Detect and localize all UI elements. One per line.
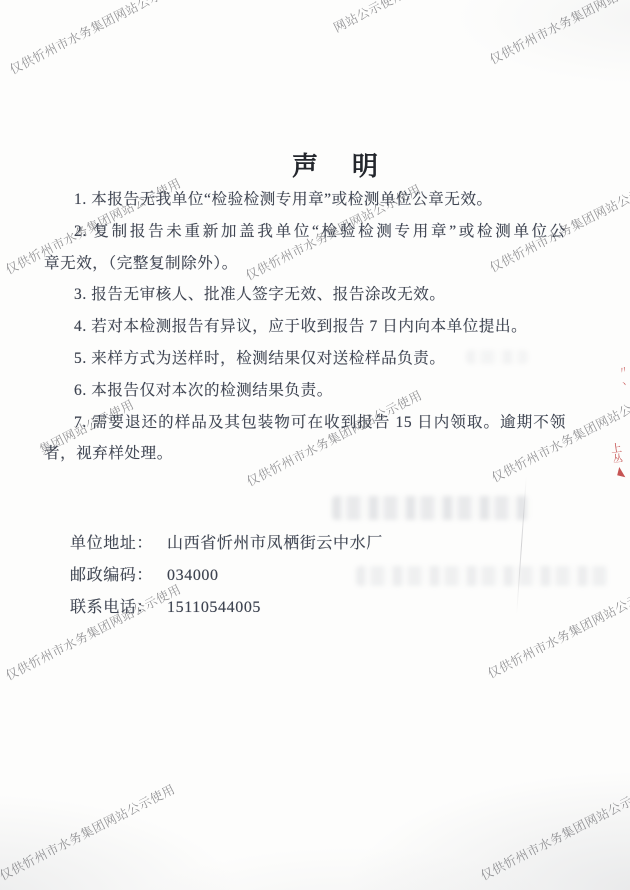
- contact-label: 单位地址：: [70, 535, 153, 552]
- statement-body: 1. 本报告无我单位“检验检测专用章”或检测单位公章无效。2. 复制报告未重新加…: [44, 184, 566, 470]
- watermark-text: 仅供忻州市水务集团网站公示使用: [486, 0, 630, 68]
- statement-line-5: 4. 若对本检测报告有异议，应于收到报告 7 日内向本单位提出。: [44, 311, 566, 343]
- contact-value: 15110544005: [167, 599, 261, 616]
- contact-block: 单位地址：山西省忻州市凤栖街云中水厂邮政编码：034000联系电话：151105…: [70, 528, 383, 623]
- contact-line-1: 单位地址：山西省忻州市凤栖街云中水厂: [70, 528, 383, 560]
- statement-line-7: 6. 本报告仅对本次的检测结果负责。: [44, 375, 566, 407]
- watermark-text: 仅供忻州市水务集团网站公示使用: [6, 0, 188, 78]
- watermark-text: 仅供忻州市水务集团网站公示使用: [477, 779, 630, 884]
- statement-line-2: 2. 复制报告未重新加盖我单位“检验检测专用章”或检测单位公: [44, 216, 566, 248]
- statement-line-4: 3. 报告无审核人、批准人签字无效、报告涂改无效。: [44, 279, 566, 311]
- contact-line-3: 联系电话：15110544005: [70, 592, 383, 624]
- statement-line-3: 章无效，（完整复制除外）。: [44, 248, 566, 280]
- bleedthrough-smudge: [466, 350, 528, 364]
- contact-label: 联系电话：: [70, 599, 153, 616]
- red-stamp-fragment: ◣: [617, 466, 628, 479]
- red-stamp-fragment: 〃: [618, 365, 630, 377]
- contact-value: 山西省忻州市凤栖街云中水厂: [167, 535, 383, 552]
- contact-value: 034000: [167, 567, 219, 584]
- watermark-text: 仅供忻州市水务集团网站公示使用: [484, 577, 630, 682]
- watermark-text: 网站公示使用: [330, 0, 408, 36]
- statement-line-1: 1. 本报告无我单位“检验检测专用章”或检测单位公章无效。: [44, 184, 566, 216]
- statement-line-8: 7. 需要退还的样品及其包装物可在收到报告 15 日内领取。逾期不领: [44, 407, 566, 439]
- contact-label: 邮政编码：: [70, 567, 153, 584]
- statement-line-9: 者，视弃样处理。: [44, 438, 566, 470]
- document-page: 仅供忻州市水务集团网站公示使用网站公示使用仅供忻州市水务集团网站公示使用仅供忻州…: [0, 0, 630, 890]
- red-stamp-fragment: 丛: [613, 455, 624, 466]
- page-title: 声 明: [292, 146, 382, 183]
- scanned-document-page: { "statement": { "title": "声 明", "lines"…: [0, 0, 630, 890]
- bleedthrough-smudge: [332, 496, 530, 520]
- watermark-text: 仅供忻州市水务集团网站公示使用: [0, 779, 178, 884]
- contact-line-2: 邮政编码：034000: [70, 560, 383, 592]
- bleedthrough-smudge: [356, 566, 608, 586]
- red-stamp-fragment: 丶: [620, 381, 628, 389]
